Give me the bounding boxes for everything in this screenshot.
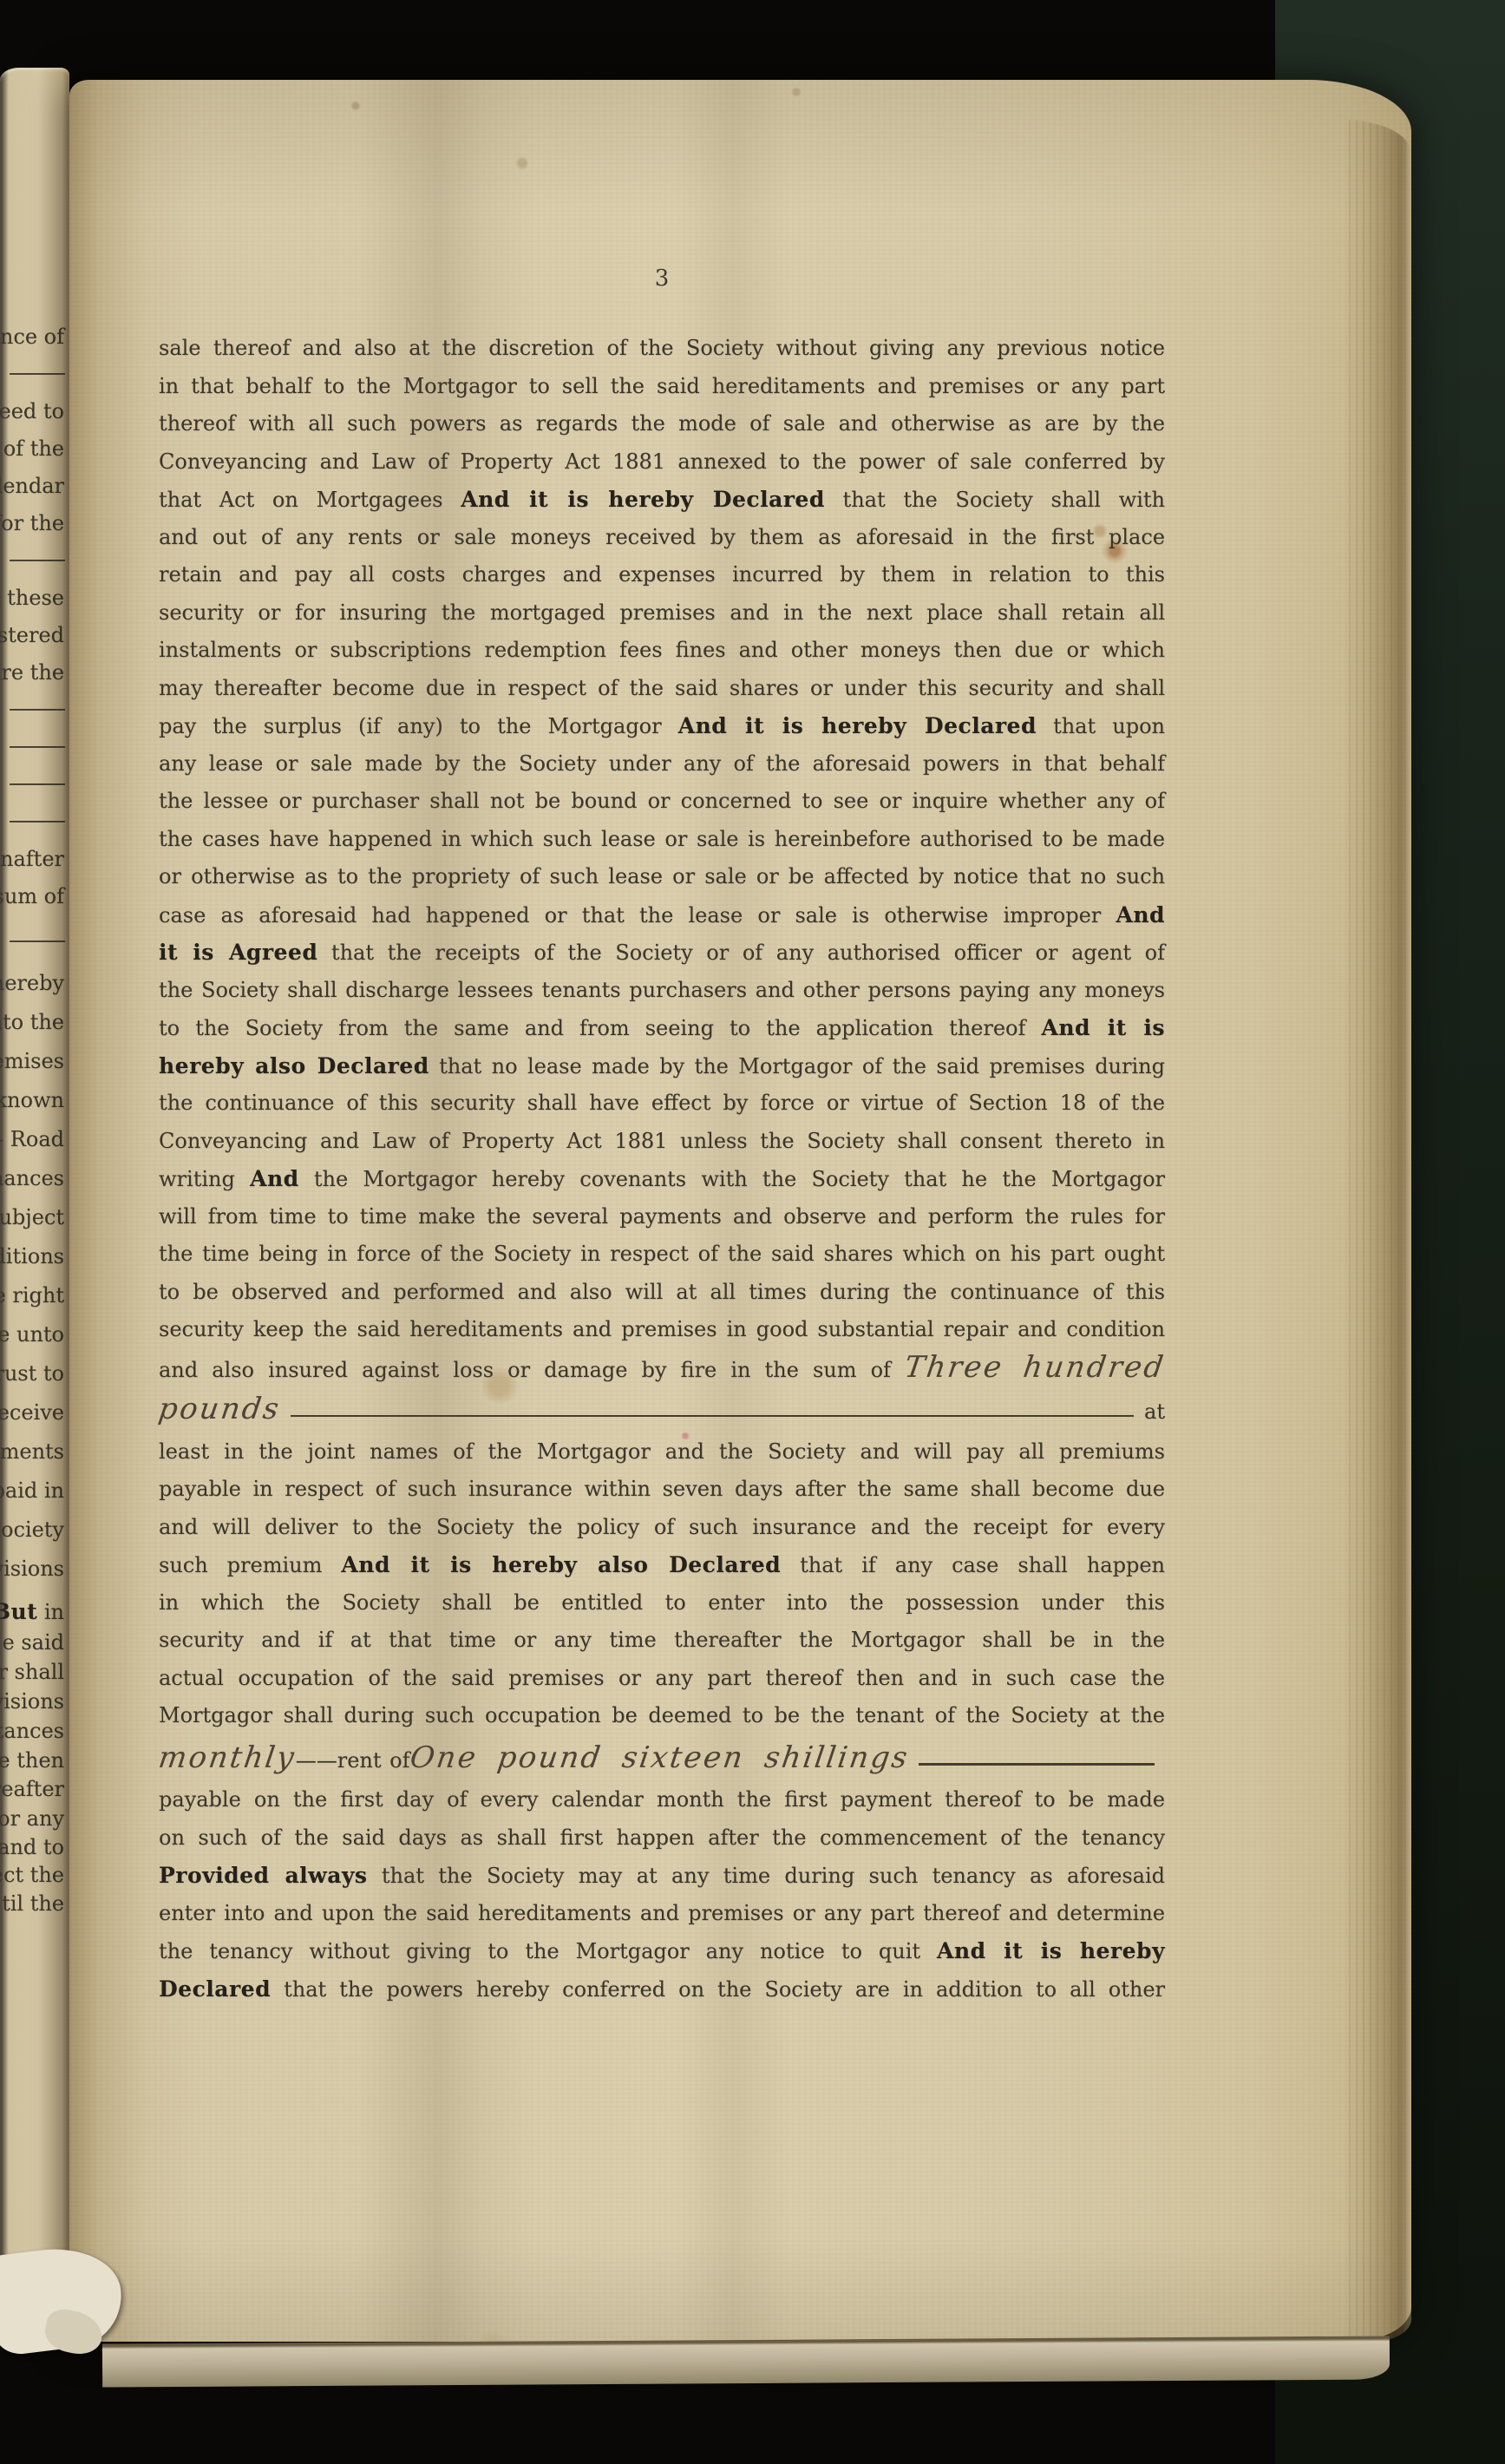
document-line: and will deliver to the Society the poli… [159, 1509, 1165, 1547]
printed-text: the tenancy without giving to the Mortga… [159, 1939, 937, 1963]
printed-text: security and if at that time or any time… [159, 1628, 1165, 1652]
printed-text: that no lease made by the Mortgagor of t… [429, 1054, 1165, 1078]
blackletter-text: Declared [159, 1976, 271, 2002]
facing-page-rule [10, 783, 65, 785]
printed-text: enter into and upon the said hereditamen… [159, 1901, 1165, 1925]
printed-text: and also insured against loss or damage … [159, 1358, 905, 1382]
facing-page-fragment: ance of [0, 324, 64, 350]
document-line: the Society shall discharge lessees tena… [159, 972, 1165, 1010]
document-line: Conveyancing and Law of Property Act 188… [159, 443, 1165, 482]
blackletter-text: But [0, 1599, 37, 1624]
printed-text: that upon [1037, 714, 1165, 738]
page-bottom-edge [102, 2336, 1390, 2387]
printed-text: security or for insuring the mortgaged p… [159, 600, 1165, 625]
blackletter-text: And it is [1041, 1015, 1165, 1040]
document-line: and also insured against loss or damage … [159, 1349, 1165, 1387]
printed-text: writing [159, 1167, 250, 1191]
document-line: on such of the said days as shall first … [159, 1819, 1165, 1858]
document-line: enter into and upon the said hereditamen… [159, 1895, 1165, 1933]
printed-text: sale thereof and also at the discretion … [159, 336, 1165, 360]
blackletter-text: And it is hereby also Declared [341, 1552, 781, 1577]
facing-page-fragment: nditions [0, 1243, 64, 1269]
facing-page-fragment: ovisions [0, 1688, 64, 1714]
facing-page-fragment: ect the [0, 1862, 64, 1888]
facing-page-fragment: ereafter [0, 1776, 64, 1802]
printed-text: in which the Society shall be entitled t… [159, 1590, 1165, 1615]
blackletter-text: And it is hereby [937, 1938, 1165, 1963]
facing-page-fragment: and to [0, 1834, 64, 1860]
facing-page-fragment: enances [0, 1165, 64, 1191]
document-line: and out of any rents or sale moneys rece… [159, 519, 1165, 557]
printed-text: that if any case shall happen [781, 1553, 1165, 1577]
document-line: payable on the first day of every calend… [159, 1781, 1165, 1819]
document-line: in which the Society shall be entitled t… [159, 1584, 1165, 1622]
document-line: it is Agreed that the receipts of the So… [159, 934, 1165, 972]
facing-page-fragment: gistered [0, 622, 64, 648]
document-line: the tenancy without giving to the Mortga… [159, 1932, 1165, 1970]
blackletter-text: And it is hereby Declared [678, 713, 1037, 738]
facing-page-fragment: known [0, 1087, 64, 1113]
printed-text: and will deliver to the Society the poli… [159, 1515, 1165, 1539]
printed-text: and out of any rents or sale moneys rece… [159, 525, 1165, 549]
facing-page-fragment: But in [0, 1599, 64, 1625]
facing-page-fragment: Society [0, 1517, 64, 1543]
facing-page-fragment: nto the [0, 1009, 64, 1035]
handwritten-text: pounds [155, 1386, 284, 1433]
facing-page-edge: ance ofreed toof thealendarfor thet thes… [0, 68, 69, 2289]
document-line: may thereafter become due in respect of … [159, 670, 1165, 708]
facing-page-fragment: or any [0, 1805, 64, 1832]
handwritten-text: One pound sixteen shillings [407, 1735, 912, 1782]
document-line: monthly——rent of One pound sixteen shill… [159, 1735, 1165, 1782]
printed-text: in that behalf to the Mortgagor to sell … [159, 374, 1165, 398]
printed-text: thereof with all such powers as regards … [159, 411, 1165, 436]
printed-text: ——rent of [296, 1738, 410, 1785]
facing-page-rule [10, 560, 65, 561]
facing-page-fragment: — Road [0, 1126, 64, 1152]
facing-page-fragment: for the [0, 510, 64, 536]
facing-page-rule [10, 373, 65, 375]
facing-page-fragment: t these [0, 585, 64, 611]
printed-text: payable in respect of such insurance wit… [159, 1477, 1165, 1501]
printed-text: least in the joint names of the Mortgago… [159, 1439, 1165, 1464]
document-line: sale thereof and also at the discretion … [159, 330, 1165, 368]
facing-page-fragment: ure the [0, 659, 64, 685]
deed-body-text: sale thereof and also at the discretion … [159, 330, 1165, 2008]
facing-page-fragment: receive [0, 1399, 64, 1425]
printed-text: the lessee or purchaser shall not be bou… [159, 789, 1165, 813]
facing-page-fragment: e said [3, 1629, 65, 1655]
printed-text: any lease or sale made by the Society un… [159, 751, 1165, 776]
printed-text: Mortgagor shall during such occupation b… [159, 1703, 1165, 1727]
facing-page-fragment: alments [0, 1438, 64, 1465]
document-line: payable in respect of such insurance wit… [159, 1471, 1165, 1509]
document-line: to the Society from the same and from se… [159, 1009, 1165, 1047]
facing-page-fragment: alendar [0, 473, 64, 499]
facing-page-fragment: remises [0, 1048, 64, 1074]
facing-page-fragment: r shall [0, 1659, 64, 1685]
printed-text: the time being in force of the Society i… [159, 1242, 1165, 1266]
printed-text: retain and pay all costs charges and exp… [159, 562, 1165, 587]
printed-text: the cases have happened in which such le… [159, 827, 1165, 851]
facing-page-rule [10, 821, 65, 822]
document-line: actual occupation of the said premises o… [159, 1660, 1165, 1698]
facing-page-fragment: hereby [0, 970, 64, 996]
document-line: Conveyancing and Law of Property Act 188… [159, 1123, 1165, 1161]
blackletter-text: And it is hereby Declared [461, 487, 825, 512]
printed-text: that Act on Mortgagees [159, 488, 461, 512]
facing-page-rule [10, 940, 65, 942]
document-line: hereby also Declared that no lease made … [159, 1047, 1165, 1085]
printed-text: that the receipts of the Society or of a… [317, 940, 1165, 965]
document-line: poundsat [159, 1386, 1165, 1433]
document-line: writing And the Mortgagor hereby covenan… [159, 1160, 1165, 1198]
printed-text: to be observed and performed and also wi… [159, 1280, 1165, 1304]
document-line: security or for insuring the mortgaged p… [159, 594, 1165, 632]
ink-rule [291, 1415, 1134, 1418]
document-line: to be observed and performed and also wi… [159, 1274, 1165, 1312]
document-line: the time being in force of the Society i… [159, 1235, 1165, 1274]
printed-text: on such of the said days as shall first … [159, 1825, 1165, 1850]
document-line: or otherwise as to the propriety of such… [159, 858, 1165, 896]
document-line: Provided always that the Society may at … [159, 1857, 1165, 1895]
printed-text: to the Society from the same and from se… [159, 1016, 1041, 1040]
document-line: any lease or sale made by the Society un… [159, 745, 1165, 783]
printed-text: at [1144, 1389, 1165, 1436]
facing-page-rule [10, 746, 65, 748]
document-line: the continuance of this security shall h… [159, 1085, 1165, 1123]
facing-page-fragment: paid in [0, 1478, 64, 1504]
printed-text: Conveyancing and Law of Property Act 188… [159, 449, 1165, 474]
scanned-deed-photo: ance ofreed toof thealendarfor thet thes… [0, 0, 1505, 2464]
page-number: 3 [159, 264, 1165, 293]
document-line: retain and pay all costs charges and exp… [159, 556, 1165, 594]
document-line: Mortgagor shall during such occupation b… [159, 1697, 1165, 1735]
printed-text: actual occupation of the said premises o… [159, 1666, 1165, 1690]
facing-page-rule [10, 709, 65, 711]
printed-text: that the Society shall with [825, 488, 1165, 512]
printed-text: Conveyancing and Law of Property Act 188… [159, 1129, 1165, 1153]
printed-text: security keep the said hereditaments and… [159, 1317, 1165, 1341]
handwritten-text: Three hundred [902, 1349, 1168, 1387]
document-line: security and if at that time or any time… [159, 1622, 1165, 1660]
printed-text: the Mortgagor hereby covenants with the … [299, 1167, 1165, 1191]
document-line: Declared that the powers hereby conferre… [159, 1970, 1165, 2009]
printed-text: case as aforesaid had happened or that t… [159, 903, 1116, 927]
printed-text: instalments or subscriptions redemption … [159, 638, 1165, 662]
document-line: pay the surplus (if any) to the Mortgago… [159, 707, 1165, 745]
handwritten-text: monthly [155, 1735, 298, 1782]
printed-text: may thereafter become due in respect of … [159, 676, 1165, 700]
document-line: will from time to time make the several … [159, 1198, 1165, 1236]
blackletter-text: hereby also Declared [159, 1053, 429, 1078]
document-line: in that behalf to the Mortgagor to sell … [159, 368, 1165, 406]
ink-rule [919, 1763, 1155, 1766]
printed-text: payable on the first day of every calend… [159, 1787, 1165, 1812]
facing-page-fragment: stances [0, 1718, 64, 1744]
printed-text: or otherwise as to the propriety of such… [159, 864, 1165, 888]
facing-page-fragment: einafter [0, 846, 64, 872]
document-line: the lessee or purchaser shall not be bou… [159, 783, 1165, 821]
printed-text: that the Society may at any time during … [368, 1864, 1166, 1888]
printed-text: the continuance of this security shall h… [159, 1091, 1165, 1115]
book-page: 3 sale thereof and also at the discretio… [69, 80, 1411, 2342]
printed-text: such premium [159, 1553, 341, 1577]
blackletter-text: it is Agreed [159, 940, 317, 965]
printed-text: that the powers hereby conferred on the … [271, 1977, 1165, 2002]
document-line: such premium And it is hereby also Decla… [159, 1546, 1165, 1584]
printed-text: pay the surplus (if any) to the Mortgago… [159, 714, 678, 738]
blackletter-text: And [1116, 902, 1165, 927]
printed-text: will from time to time make the several … [159, 1204, 1165, 1229]
document-line: that Act on Mortgagees And it is hereby … [159, 481, 1165, 519]
document-line: security keep the said hereditaments and… [159, 1311, 1165, 1349]
facing-page-fragment: reed to [0, 398, 64, 424]
printed-text: the Society shall discharge lessees tena… [159, 978, 1165, 1002]
document-line: instalments or subscriptions redemption … [159, 632, 1165, 670]
facing-page-fragment: rust to [0, 1360, 64, 1386]
facing-page-fragment: e right [0, 1282, 64, 1308]
facing-page-fragment: ovisions [0, 1556, 64, 1582]
document-line: case as aforesaid had happened or that t… [159, 896, 1165, 934]
facing-page-fragment: e then [0, 1747, 64, 1773]
document-line: least in the joint names of the Mortgago… [159, 1433, 1165, 1471]
facing-page-fragment: subject [0, 1204, 64, 1230]
blackletter-text: Provided always [159, 1863, 368, 1888]
blackletter-text: And [250, 1166, 299, 1191]
facing-page-fragment: sum of [0, 883, 64, 909]
document-line: thereof with all such powers as regards … [159, 405, 1165, 443]
document-line: the cases have happened in which such le… [159, 821, 1165, 859]
facing-page-fragment: e unto [0, 1321, 64, 1347]
facing-page-fragment: of the [3, 436, 64, 462]
facing-page-fragment: til the [2, 1891, 64, 1917]
